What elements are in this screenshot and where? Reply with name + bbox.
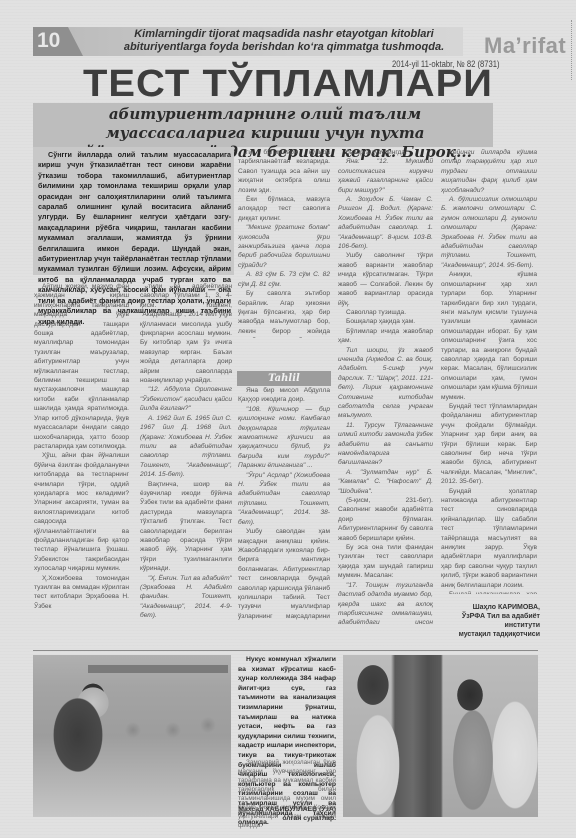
newspaper-brand: Ma’rifat xyxy=(484,33,566,59)
photo-women-with-fabric xyxy=(343,655,538,817)
paragraph: Бу эса она тили фанидан тузилган тест са… xyxy=(338,543,433,581)
header-quote-line-1: Kimlarningdir tijorat maqsadida nashr et… xyxy=(104,28,464,41)
paragraph: Ушбу саволдан ҳам мақсадни аниқлаш қийин… xyxy=(238,527,330,622)
paragraph: Бу саволга эътибор берайлик. Агар ҳикоян… xyxy=(238,289,330,338)
paragraph: Яна бир мисол Абдулла Қаҳҳор ижодига дои… xyxy=(238,386,330,405)
paragraph: Ҳ.Хожибоева томонидан тузилган ва оммада… xyxy=(34,574,129,612)
paragraph: "108. Кўшчинор — бир қишлоқнинг номи. Ка… xyxy=(238,405,330,471)
paragraph: Ушбу саволнинг тўғри жавоб варианти жаво… xyxy=(338,251,433,307)
paragraph: Ёки бўлмаса, мавзуга алоқадор тест савол… xyxy=(238,195,330,223)
paragraph: Бундай тест тўпламларидан фойдаланиш аби… xyxy=(441,402,537,487)
header-quote: Kimlarningdir tijorat maqsadida nashr et… xyxy=(104,28,464,54)
section-divider xyxy=(33,650,538,651)
paragraph: А. бўлишсизлик олмошлари Б. жамловчи олм… xyxy=(441,195,537,270)
author-name: Шаҳло КАРИМОВА, xyxy=(440,603,540,612)
article-column-1: Айтиш жоизки, мазкур фан ҳажмидан кириш … xyxy=(34,282,129,620)
paragraph: Яна: "12. Мукимий солистикасига кирувчи … xyxy=(338,157,433,195)
paragraph: Бундай чалкашликлар, ҳар хил турдаги нот… xyxy=(441,590,537,594)
author-affiliation-3: мустақил тадқиқотчиси xyxy=(440,630,540,639)
paragraph: А. "Зулматдан нур" Б. "Камалак" С. "Нафо… xyxy=(338,468,433,496)
paragraph: А. Зоҳидон Б. Чаман С. Ришгон Д. Водил. … xyxy=(338,195,433,251)
paragraph: тили ва адабиётидан саволлар тўплами 1, … xyxy=(140,282,232,385)
article-column-3-lower: Яна бир мисол Абдулла Қаҳҳор ижодига дои… xyxy=(238,386,330,622)
paragraph: Айтиш жоизки, мазкур фан ҳажмидан кириш … xyxy=(34,282,129,451)
paragraph: "Ўғри" Асрлар" (Хожибоева Н. Ўзбек тили … xyxy=(238,471,330,527)
section-label-tahlil: Tahlil xyxy=(237,371,331,386)
paragraph: ги бўлимлари қўлида тарбияланаётган кезл… xyxy=(238,148,330,195)
photo-banner-sign xyxy=(88,665,228,673)
photo-credit-name: Махсад ХАБИБУЛЛАЕВ (ЎзА) xyxy=(238,805,336,814)
paragraph: Кейинги йилларда кўшма отлар тараққиёти … xyxy=(441,148,537,195)
paragraph: А. 1962 йил Б. 1965 йил С. 1967 йил Д. 1… xyxy=(140,414,232,480)
author-affiliation-2: институти xyxy=(440,621,540,630)
page-number: 10 xyxy=(37,29,60,53)
author-byline: Шаҳло КАРИМОВА, ЎзРФА Тил ва адабиёт инс… xyxy=(440,603,540,639)
photo-credit: Махсад ХАБИБУЛЛАЕВ (ЎзА) олган суратлар. xyxy=(238,805,336,823)
paragraph: бахорга ҳузурингда. xyxy=(338,148,433,157)
paragraph: А. 83 сўм Б. 73 сўм С. 82 сўм Д. 81 сўм. xyxy=(238,270,330,289)
article-column-3: ги бўлимлари қўлида тарбияланаётган кезл… xyxy=(238,148,330,338)
paragraph: Тил шоири, ўз жавоб иченида (Аҳмедов С. … xyxy=(338,346,433,421)
paragraph: Ҳўш, айни фан йўналиши бўйича ёзилган фо… xyxy=(34,451,129,573)
article-column-4: бахорга ҳузурингда. Яна: "12. Мукимий со… xyxy=(338,148,433,624)
article-column-5: Кейинги йилларда кўшма отлар тараққиёти … xyxy=(441,148,537,594)
paragraph: Аниқки, кўшма олмошларнинг ҳар хил турла… xyxy=(441,270,537,402)
paragraph: 11. Турсун Тўлаганнинг илмий китоби замо… xyxy=(338,421,433,468)
paragraph: Саволлар тузишда. xyxy=(338,308,433,317)
photo-credit-role: олган суратлар. xyxy=(238,814,336,823)
article-column-2: тили ва адабиётидан саволлар тўплами 1, … xyxy=(140,282,232,620)
page-edge-marks xyxy=(571,20,576,80)
header-quote-line-2: abituriyentlarga foyda berishdan ko‘ra q… xyxy=(104,41,464,54)
paragraph: Вақтинча, шоир ва ёзувчилар ижоди бўйича… xyxy=(140,480,232,574)
paragraph: (5-қисм, 231-бет). Саволнинг жавоби адаб… xyxy=(338,496,433,543)
article-title: ТЕСТ ТЎПЛАМЛАРИ xyxy=(0,64,576,104)
author-affiliation-1: ЎзРФА Тил ва адабиёт xyxy=(440,612,540,621)
paragraph: Бундай ҳолатлар натижасида абитуриентлар… xyxy=(441,487,537,590)
photo-students-at-computers xyxy=(33,655,231,817)
paragraph: "12. Абдулла Ориповнинг "Ўзбекистон" қас… xyxy=(140,385,232,413)
paragraph: "17. Тошқин тузилганда дастлаб одатда му… xyxy=(338,581,433,624)
paragraph: "Мекинг ўргатинг болам" ҳикоясида ўғри з… xyxy=(238,223,330,270)
paragraph: "Ҳ. Ёнғин. Тил ва адабиёт" (Эркабоева Н.… xyxy=(140,574,232,620)
paragraph: Бошқалар ҳақида ҳам. xyxy=(338,317,433,326)
newspaper-page: 10 Kimlarningdir tijorat maqsadida nashr… xyxy=(0,0,576,838)
paragraph: Бўлимлар ичида жавоблар ҳам. xyxy=(338,327,433,346)
